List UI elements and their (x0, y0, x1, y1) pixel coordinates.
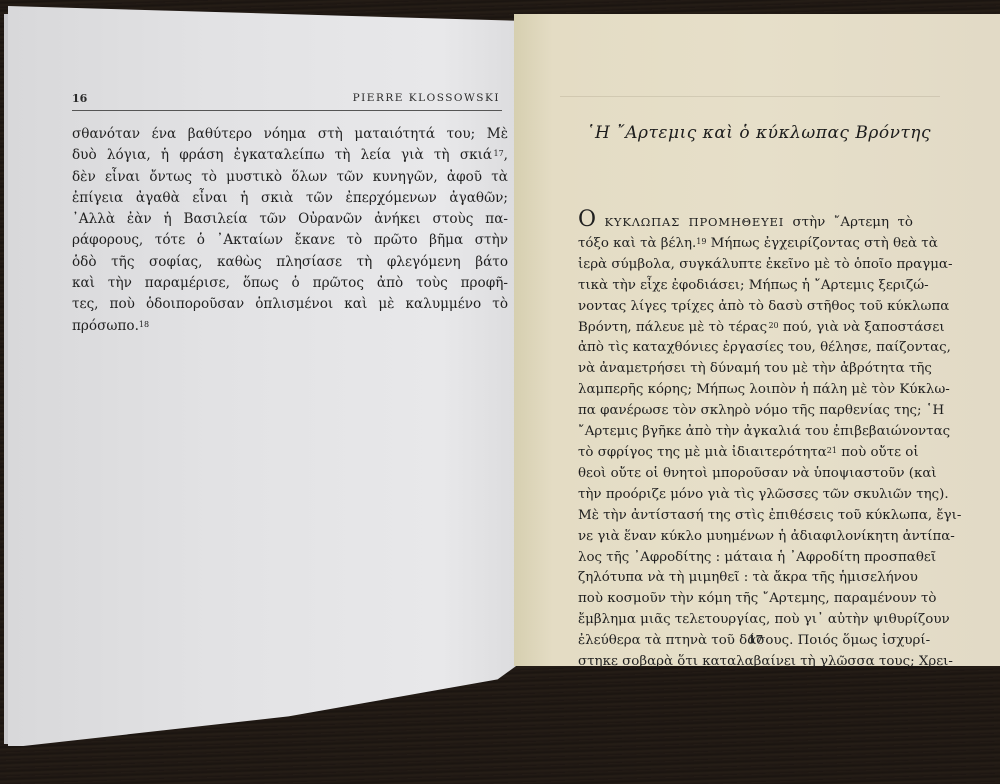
show-through-header (560, 88, 940, 97)
text-line: λος τῆς ᾿Αφροδίτης : μάταια ἡ ᾿Αφροδίτη … (578, 548, 913, 569)
text-line: τικὰ τὴν εἶχε ἐφοδιάσει; Μήπως ἡ ῎Αρτεμι… (578, 276, 913, 297)
text-line: ὁδὸ τῆς σοφίας, καθὼς πλησίασε τὴ φλεγόμ… (72, 252, 508, 273)
text-line: καὶ τὴν παραμέρισε, ὅπως ὁ πρῶτος ἀπὸ το… (72, 273, 508, 294)
text-line: τόξο καὶ τὰ βέλη.19 Μήπως ἐγχειρίζοντας … (578, 234, 913, 255)
text-span: πού, γιὰ νὰ ξαποστάσει (779, 320, 945, 335)
text-line: ῎Αρτεμις βγῆκε ἀπὸ τὴν ἀγκαλιά του ἐπιβε… (578, 422, 913, 443)
left-page-body: σθανόταν ένα βαθύτερο νόημα στὴ ματαιότη… (72, 124, 508, 337)
text-line: τὸ σφρίγος της μὲ μιὰ ἰδιαιτερότητα21 πο… (578, 443, 913, 464)
left-page (8, 6, 518, 746)
right-page-body: Ο ΚΥΚΛΩΠΑΣ ΠΡΟΜΗΘΕΥΕΙ στὴν ῎Αρτεμη τὸ τό… (578, 210, 913, 673)
drop-cap: Ο (578, 207, 596, 232)
text-line: ᾿Αλλὰ ἐὰν ἡ Βασιλεία τῶν Οὐρανῶν ἀνήκει … (72, 209, 508, 230)
text-line: ἱερὰ σύμβολα, συγκάλυπτε ἐκεῖνο μὲ τὸ ὁπ… (578, 255, 913, 276)
running-head-author: PIERRE KLOSSOWSKI (353, 92, 500, 104)
text-line: νοντας λίγες τρίχες ἀπὸ τὸ δασὺ στῆθος τ… (578, 297, 913, 318)
text-line: δυὸ λόγια, ἡ φράση ἐγκαταλείπω τὴ λεία γ… (72, 145, 508, 166)
footnote-ref: 19 (696, 237, 706, 246)
text-line: σθανόταν ένα βαθύτερο νόημα στὴ ματαιότη… (72, 124, 508, 145)
text-line: ἐπίγεια ἀγαθὰ εἶναι ἡ σκιὰ τῶν ἐπερχόμεν… (72, 188, 508, 209)
text-line: στηκε σοβαρὰ ὅτι καταλαβαίνει τὴ γλῶσσα … (578, 652, 913, 673)
text-line: πα φανέρωσε τὸν σκληρὸ νόμο τῆς παρθενία… (578, 401, 913, 422)
text-line: Ο ΚΥΚΛΩΠΑΣ ΠΡΟΜΗΘΕΥΕΙ στὴν ῎Αρτεμη τὸ (578, 210, 913, 234)
text-line: Μὲ τὴν ἀντίστασή της στὶς ἐπιθέσεις τοῦ … (578, 506, 913, 527)
text-line: ἔμβλημα μιᾶς τελετουργίας, ποὺ γι᾿ αὐτὴν… (578, 610, 913, 631)
footnote-ref: 17 (493, 149, 503, 158)
footnote-ref: 18 (139, 320, 149, 329)
left-page-number: 16 (72, 92, 87, 105)
text-line: ἐλεύθερα τὰ πτηνὰ τοῦ δάσους. Ποιός ὅμως… (578, 631, 913, 652)
footnote-ref: 20 (768, 321, 778, 330)
text-span: τόξο καὶ τὰ βέλη. (578, 236, 696, 251)
text-line: νὰ ἀναμετρήσει τὴ δύναμή του μὲ τὴν ἀβρό… (578, 359, 913, 380)
text-span: Μήπως ἐγχειρίζοντας στὴ θεὰ τὰ (706, 236, 937, 251)
text-line: νε γιὰ ἕναν κύκλο μυημένων ἡ ἀδιαφιλονίκ… (578, 527, 913, 548)
text-line: δὲν εἶναι ὄντως τὸ μυστικὸ ὅλων τῶν κυνη… (72, 167, 508, 188)
text-line: ζηλότυπα νὰ τὴ μιμηθεῖ : τὰ ἄκρα τῆς ἡμι… (578, 568, 913, 589)
text-span: πρόσωπο. (72, 318, 139, 334)
text-line: λαμπερῆς κόρης; Μήπως λοιπὸν ἡ πάλη μὲ τ… (578, 380, 913, 401)
small-caps-opening: ΚΥΚΛΩΠΑΣ ΠΡΟΜΗΘΕΥΕΙ (605, 215, 785, 229)
text-line: τες, ποὺ ὁδοιποροῦσαν ὁπλισμένοι καὶ μὲ … (72, 294, 508, 315)
footnote-ref: 21 (827, 446, 837, 455)
text-span: δυὸ λόγια, ἡ φράση ἐγκαταλείπω τὴ λεία γ… (72, 147, 492, 163)
text-line: ράφορους, τότε ὁ ᾿Ακταίων ἔκανε τὸ πρῶτο… (72, 230, 508, 251)
text-line: Βρόντη, πάλευε μὲ τὸ τέρας 20 πού, γιὰ ν… (578, 318, 913, 339)
text-line: πρόσωπο.18 (72, 316, 508, 337)
text-span: ποὺ οὔτε οἱ (837, 445, 919, 460)
text-line: θεοὶ οὔτε οἱ θνητοὶ μποροῦσαν νὰ ὑποψιασ… (578, 464, 913, 485)
text-span: , (504, 147, 508, 163)
chapter-title: ῾Η ῎Αρτεμις καὶ ὁ κύκλωπας Βρόντης (586, 123, 946, 143)
text-line: ποὺ κοσμοῦν τὴν κόμη τῆς ῎Αρτεμης, παραμ… (578, 589, 913, 610)
text-span: Βρόντη, πάλευε μὲ τὸ τέρας (578, 320, 767, 335)
text-line: ἀπὸ τὶς καταχθόνιες ἐργασίες του, θέλησε… (578, 338, 913, 359)
text-span: στὴν ῎Αρτεμη τὸ (793, 215, 913, 230)
right-page-number: 17 (748, 633, 763, 646)
running-head: 16 PIERRE KLOSSOWSKI (72, 92, 502, 111)
text-line: τὴν προόριζε μόνο γιὰ τὶς γλῶσσες τῶν σκ… (578, 485, 913, 506)
text-span: τὸ σφρίγος της μὲ μιὰ ἰδιαιτερότητα (578, 445, 827, 460)
